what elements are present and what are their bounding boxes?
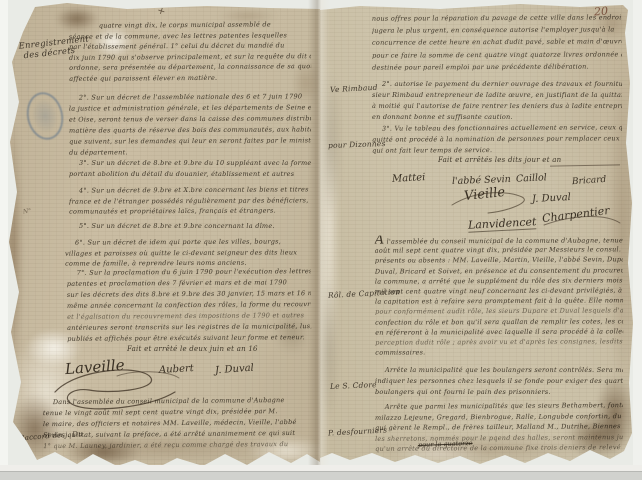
handwriting-line: perception dudit rôle ; après avoir vu e… bbox=[375, 336, 623, 347]
paragraph: 3°. Vu le tableau des fonctionnaires act… bbox=[372, 122, 622, 156]
paragraph: 3°. Sur un décret de 8.bre et 9.bre du 1… bbox=[69, 158, 311, 180]
scanner-margin-left bbox=[0, 0, 8, 480]
paragraph: nous offres pour la réparation du pavage… bbox=[372, 11, 622, 73]
handwriting-line: 6°. Sur un décret de idem qui porte que … bbox=[65, 236, 311, 248]
scanner-margin-right bbox=[633, 0, 642, 470]
margin-note-cdore: Le S. Cdore bbox=[330, 380, 377, 391]
handwriting-line: villages et paroisses où quitte le ci-de… bbox=[65, 247, 311, 259]
handwriting-line: quitté ont procédé à la nomination de pe… bbox=[372, 133, 622, 145]
handwriting-line: ordonne, sera présentée au département, … bbox=[69, 61, 311, 73]
handwriting-line: en donnant bonne et suffisante caution. bbox=[372, 112, 622, 123]
ink-stamp bbox=[22, 89, 67, 143]
signature-laveille: Laveille bbox=[64, 356, 125, 378]
manuscript-page-left: + N° Enregistrement des décrets quatre v… bbox=[7, 2, 320, 468]
handwriting-line: communautés et propriétaires laïcs, fran… bbox=[69, 205, 311, 217]
handwriting-line: 5°. Sur un décret de 8.bre et 9.bre conc… bbox=[69, 221, 311, 232]
handwriting-line: Arrête la municipalité que les boulanger… bbox=[375, 365, 623, 376]
manuscript-page-right: 20 Ve Rimbaud pour Dizonnes Rôl. de Capi… bbox=[320, 3, 635, 465]
handwriting-line: 4°. Sur un décret de 9.bre et X.bre conc… bbox=[69, 184, 311, 196]
stain bbox=[7, 62, 27, 442]
paragraph: Arrête la municipalité que les boulanger… bbox=[375, 365, 623, 398]
handwriting-line: concurrence de cette heure en achat dudi… bbox=[372, 36, 622, 49]
paragraph: 5°. Sur un décret de 8.bre et 9.bre conc… bbox=[69, 221, 311, 232]
handwriting-line: publiés et affichés pour être exécutés s… bbox=[67, 332, 311, 345]
handwriting-line: pour conformément audit rôle, les sieurs… bbox=[375, 306, 623, 317]
signature-vieille: Vieille bbox=[463, 185, 506, 204]
folio-mark: + bbox=[156, 5, 167, 18]
handwriting-line: destinée pour pareil emploi par une préc… bbox=[372, 60, 622, 73]
handwriting-line: et l'égalisation du recouvrement des imp… bbox=[67, 310, 311, 323]
paragraph: Arrête que parmi les municipalités que l… bbox=[375, 400, 623, 454]
page-gutter-shadow bbox=[308, 0, 330, 468]
handwriting-line: présents ou absents : MM. Laveille, Mart… bbox=[375, 255, 623, 266]
handwriting-line: pour ce faire la somme de cent quatre vi… bbox=[372, 48, 622, 61]
signature-duval-right: J. Duval bbox=[532, 192, 571, 205]
handwriting-line: 1° que M. Launey, jardinier, a été reçu … bbox=[43, 439, 313, 452]
handwriting-line: boulangers qui ont fourni le pain des pr… bbox=[375, 387, 623, 398]
paragraph: 2°. Sur un décret de l'assemblée nationa… bbox=[69, 91, 311, 158]
margin-tick: N° bbox=[23, 207, 32, 215]
handwriting-line: affectée qui paraissent élever en matièr… bbox=[69, 72, 311, 84]
signature-charpentier: Charpentier bbox=[541, 204, 610, 225]
paragraph: Dans l'assemblée du conseil municipal de… bbox=[43, 395, 313, 452]
paragraph: 4°. Sur un décret de 9.bre et X.bre conc… bbox=[69, 184, 311, 217]
handwriting-line: 2°. autorise le payement du dernier ouvr… bbox=[372, 79, 622, 90]
signature-duval-left: J. Duval bbox=[215, 363, 255, 377]
closing-rule bbox=[550, 164, 620, 166]
paragraph: À l'assemblée du conseil municipal de la… bbox=[375, 234, 624, 358]
paragraph: quatre vingt dix, le corps municipal ass… bbox=[69, 19, 311, 84]
margin-note-rimbaud: Ve Rimbaud bbox=[330, 83, 378, 94]
signature-mattei: Mattei bbox=[392, 172, 426, 185]
handwriting-line: Fait et arrêté le deux juin et an 16 bbox=[127, 344, 297, 355]
paragraph: 6°. Sur un décret de idem qui porte que … bbox=[65, 236, 311, 269]
handwriting-line: du département. bbox=[69, 146, 311, 158]
document-scan: + N° Enregistrement des décrets quatre v… bbox=[0, 0, 642, 480]
handwriting-line: à moitié qui l'autorise de faire rentrer… bbox=[372, 101, 622, 112]
closing-formula: Fait et arrêté le deux juin et an 16 bbox=[127, 344, 297, 355]
signature-caillol: Caillol bbox=[516, 172, 547, 185]
signature-lanvidencet: Lanvidencet bbox=[468, 215, 537, 233]
signature-bricard: Bricard bbox=[572, 175, 607, 187]
handwriting-line: sieur Rimbaud entrepreneur de ladite œuv… bbox=[372, 90, 622, 101]
handwriting-line: qu'un arrêté du directoire de la commune… bbox=[375, 442, 623, 454]
handwriting-line: indiquer les personnes chez lesquels il … bbox=[375, 376, 623, 387]
scanner-bed-band bbox=[0, 471, 642, 480]
paragraph: 7°. Sur la proclamation du 6 juin 1790 p… bbox=[67, 266, 312, 345]
handwriting-line: que suivent, sur les demandes qui leur e… bbox=[69, 135, 311, 147]
handwriting-line: commissaires. bbox=[375, 346, 623, 357]
paragraph: 2°. autorise le payement du dernier ouvr… bbox=[372, 79, 622, 123]
handwriting-line: 3°. Sur un décret de 8.bre et 9.bre du 1… bbox=[69, 158, 311, 169]
signature-aubert: Aubert bbox=[159, 363, 194, 376]
handwriting-line: portant abolition du détail du douanier,… bbox=[69, 169, 311, 180]
